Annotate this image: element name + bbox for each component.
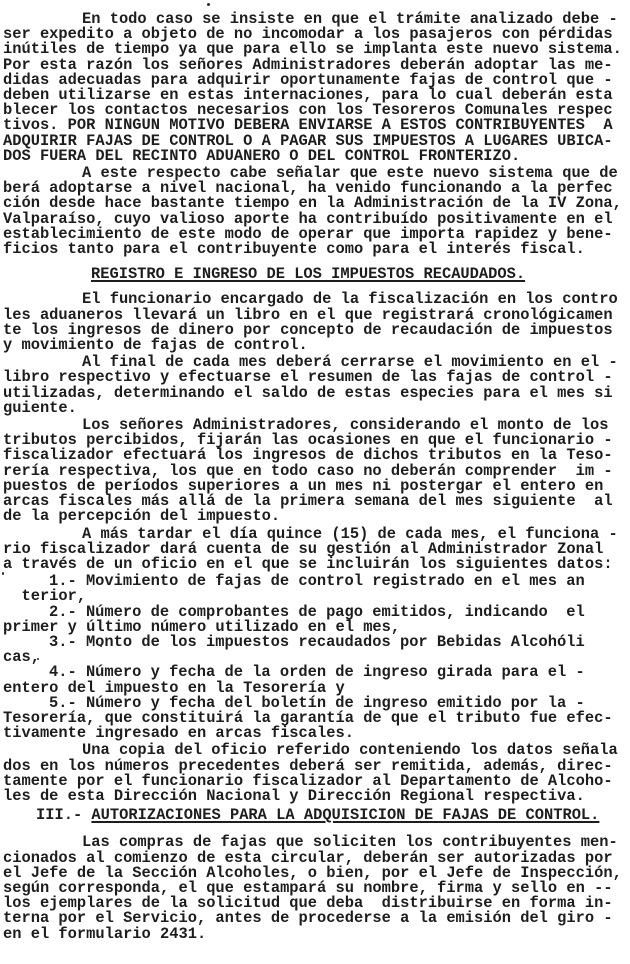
paragraph-registro-1: El funcionario encargado de la fiscaliza…: [3, 292, 628, 353]
section-heading-registro: REGISTRO E INGRESO DE LOS IMPUESTOS RECA…: [91, 267, 628, 282]
list-item-2: 2.- Número de comprobantes de pago emiti…: [3, 605, 628, 635]
section-heading-autorizaciones-text: AUTORIZACIONES PARA LA ADQUISICION DE FA…: [91, 806, 599, 824]
paragraph-autorizaciones-1: Las compras de fajas que soliciten los c…: [3, 835, 628, 941]
document-page: En todo caso se insiste en que el trámit…: [0, 0, 630, 964]
paragraph-registro-3: Los señores Administradores, considerand…: [3, 418, 628, 524]
scan-speck: [2, 572, 4, 575]
list-item-1: 1.- Movimiento de fajas de control regis…: [3, 574, 628, 604]
paragraph-intro-2: A este respecto cabe señalar que este nu…: [3, 166, 628, 257]
list-item-3: 3.- Monto de los impuestos recaudados po…: [3, 635, 628, 665]
paragraph-registro-2: Al final de cada mes deberá cerrarse el …: [3, 355, 628, 416]
paragraph-registro-4: A más tardar el día quince (15) de cada …: [3, 527, 628, 573]
section-number: III.-: [36, 806, 91, 824]
numbered-list: 1.- Movimiento de fajas de control regis…: [3, 574, 628, 741]
list-item-5: 5.- Número y fecha del boletín de ingres…: [3, 696, 628, 742]
section-heading-registro-text: REGISTRO E INGRESO DE LOS IMPUESTOS RECA…: [91, 265, 525, 283]
scan-speck: [100, 645, 102, 647]
paragraph-intro-1: En todo caso se insiste en que el trámit…: [3, 12, 628, 164]
scan-speck: [37, 658, 39, 660]
section-heading-autorizaciones: III.- AUTORIZACIONES PARA LA ADQUISICION…: [36, 808, 628, 823]
paragraph-registro-closing: Una copia del oficio referido conteniend…: [3, 743, 628, 804]
scan-speck: [207, 3, 210, 6]
list-item-4: 4.- Número y fecha de la orden de ingres…: [3, 665, 628, 695]
